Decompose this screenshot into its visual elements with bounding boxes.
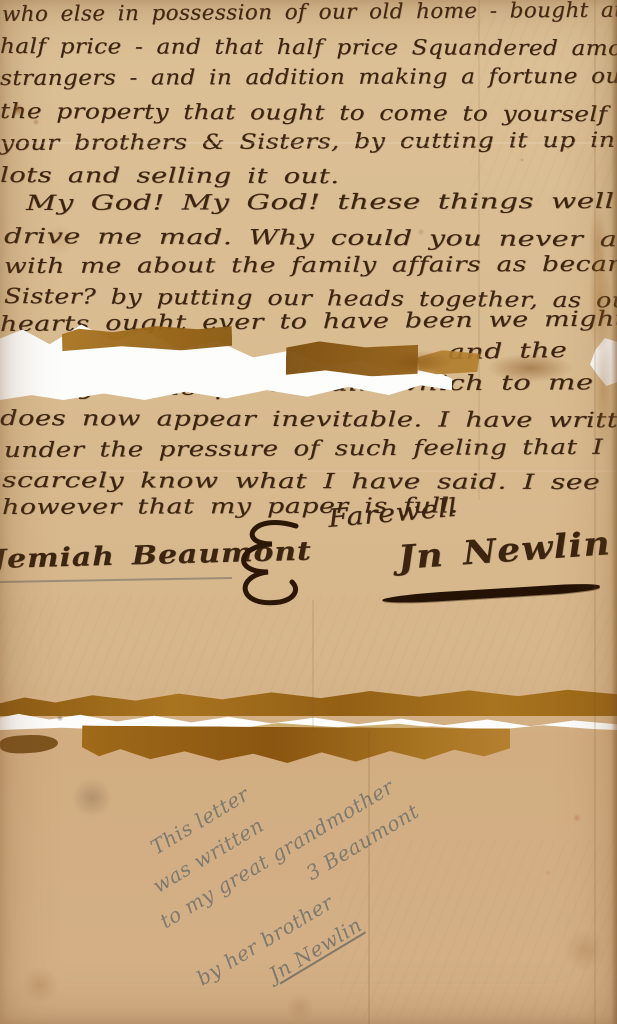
- fold-line: [594, 0, 596, 1024]
- letter-line: scarcely know what I have said. I see: [2, 468, 600, 494]
- tape-stain: [0, 733, 58, 754]
- letter-line: who else in possession of our old home -…: [2, 0, 617, 26]
- letter-line: lots and selling it out.: [0, 163, 340, 188]
- letter-line: does now appear inevitable. I have writt…: [0, 406, 617, 432]
- paper-edge: [611, 0, 617, 1024]
- letter-line: under the pressure of such feeling that …: [4, 435, 617, 462]
- signature-swash: [382, 582, 600, 604]
- letter-scan: who else in possession of our old home -…: [0, 0, 617, 1024]
- letter-line: your brothers & Sisters, by cutting it u…: [0, 128, 617, 155]
- letter-line: the property that ought to come to yours…: [0, 99, 617, 127]
- letter-line: My God! My God! these things well migh: [26, 189, 617, 215]
- tape-strip: [286, 341, 419, 377]
- ink-flourish: [222, 518, 307, 610]
- letter-line: half price - and that half price Squande…: [0, 34, 617, 60]
- pencil-note: This letter was written to my great gran…: [118, 629, 592, 1024]
- letter-line: strangers - and in addition making a for…: [0, 64, 617, 90]
- pencil-underline: [0, 577, 232, 583]
- letter-line: drive me mad. Why could you never advise: [4, 224, 617, 252]
- signature-newlin: Jn Newlin: [397, 523, 612, 577]
- letter-line: with me about the family affairs as beca…: [4, 252, 617, 278]
- ghost-writing-band: [0, 595, 617, 695]
